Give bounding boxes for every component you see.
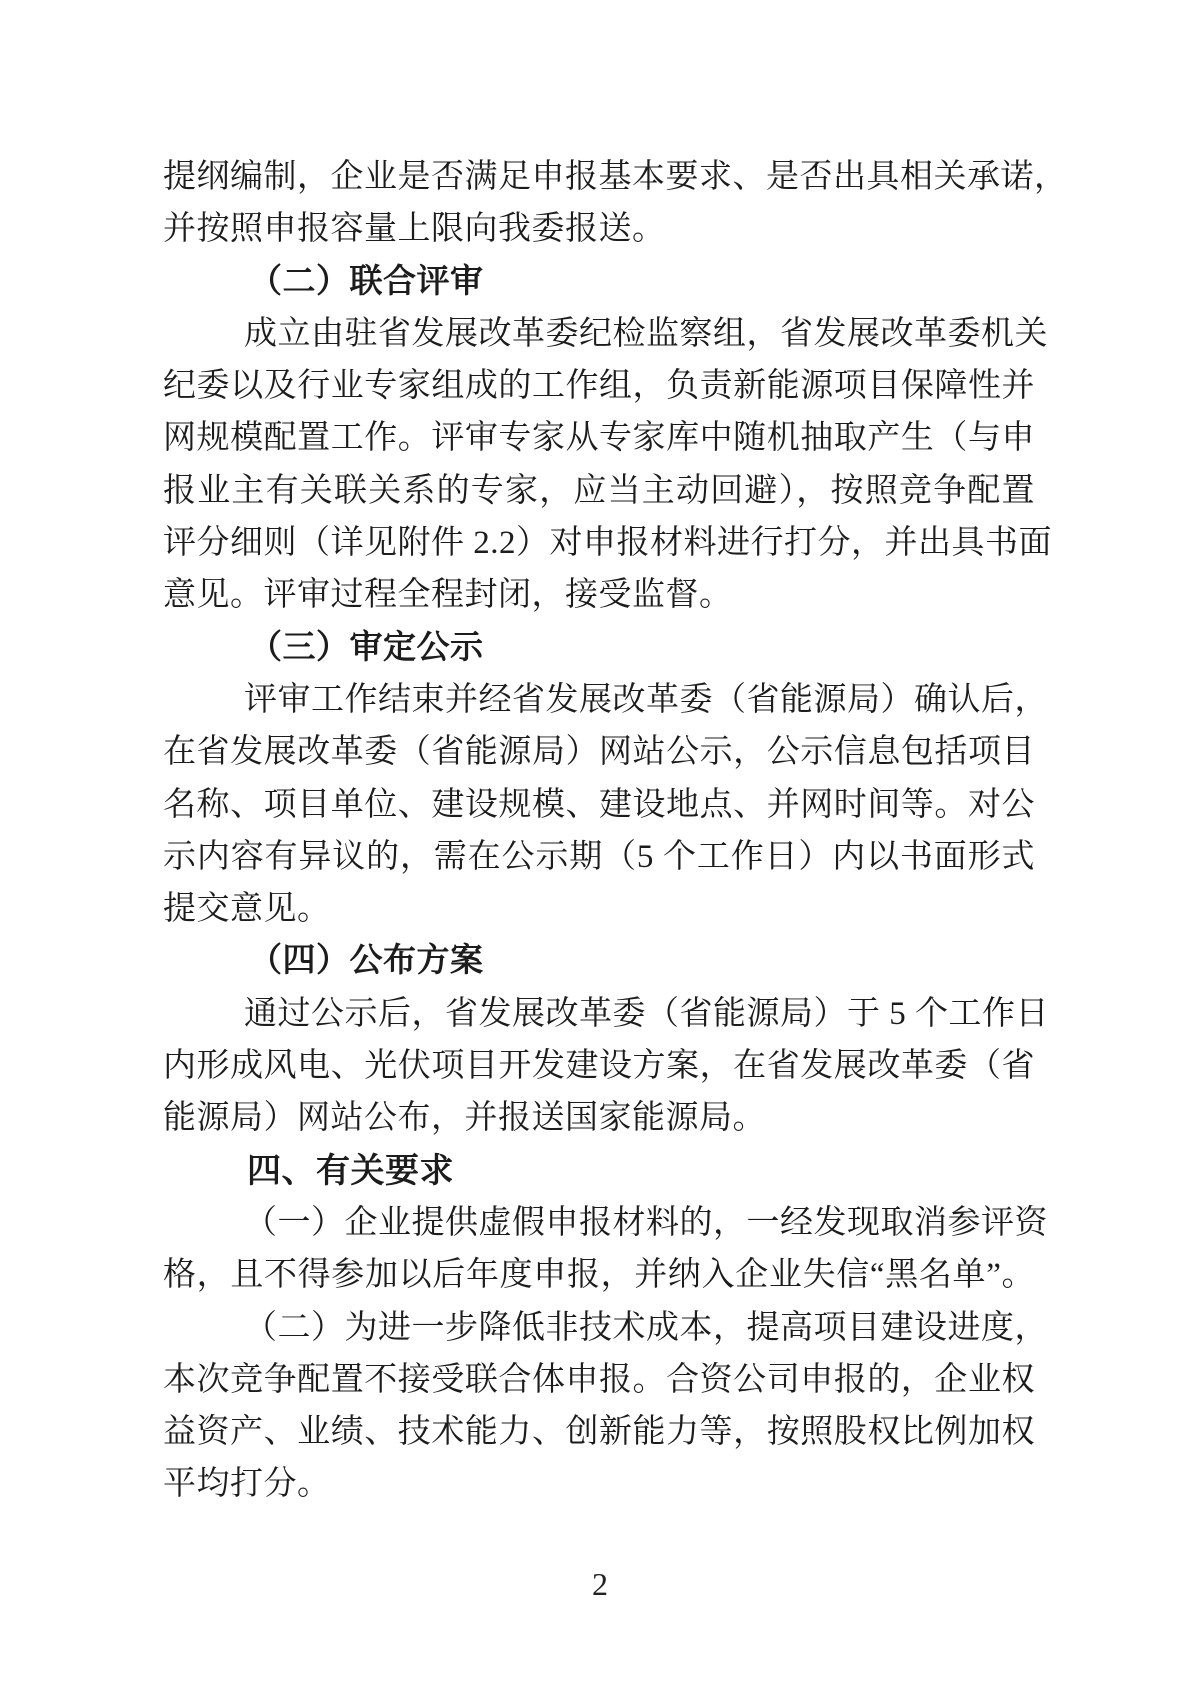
text-line: 报业主有关联关系的专家，应当主动回避），按照竞争配置: [163, 465, 1035, 517]
text-line: 评分细则（详见附件 2.2）对申报材料进行打分，并出具书面: [163, 517, 1035, 569]
text-line: 内形成风电、光伏项目开发建设方案，在省发展改革委（省: [163, 1040, 1035, 1092]
text-line: 成立由驻省发展改革委纪检监察组，省发展改革委机关: [163, 308, 1035, 360]
text-line: 评审工作结束并经省发展改革委（省能源局）确认后，: [163, 674, 1035, 726]
text-line: 通过公示后，省发展改革委（省能源局）于 5 个工作日: [163, 988, 1035, 1040]
text-line: 名称、项目单位、建设规模、建设地点、并网时间等。对公: [163, 779, 1035, 831]
text-line: （二）为进一步降低非技术成本，提高项目建设进度，: [163, 1302, 1035, 1354]
text-line: 本次竞争配置不接受联合体申报。合资公司申报的，企业权: [163, 1354, 1035, 1406]
text-line: 四、有关要求: [163, 1145, 1035, 1197]
text-line: 在省发展改革委（省能源局）网站公示，公示信息包括项目: [163, 726, 1035, 778]
text-line: 并按照申报容量上限向我委报送。: [163, 203, 1035, 255]
subsection-heading: （四）公布方案: [163, 935, 1035, 987]
text-line: （一）企业提供虚假申报材料的，一经发现取消参评资: [163, 1197, 1035, 1249]
text-line: （二）联合评审: [163, 256, 1035, 308]
text-line: 提纲编制，企业是否满足申报基本要求、是否出具相关承诺，: [163, 151, 1035, 203]
text-line: 平均打分。: [163, 1458, 1035, 1510]
section-heading: 四、有关要求: [163, 1145, 1035, 1197]
paragraph: 通过公示后，省发展改革委（省能源局）于 5 个工作日内形成风电、光伏项目开发建设…: [163, 988, 1035, 1145]
text-line: 益资产、业绩、技术能力、创新能力等，按照股权比例加权: [163, 1406, 1035, 1458]
paragraph: 评审工作结束并经省发展改革委（省能源局）确认后，在省发展改革委（省能源局）网站公…: [163, 674, 1035, 935]
paragraph: （二）为进一步降低非技术成本，提高项目建设进度，本次竞争配置不接受联合体申报。合…: [163, 1302, 1035, 1511]
text-line: 能源局）网站公布，并报送国家能源局。: [163, 1092, 1035, 1144]
text-line: 提交意见。: [163, 883, 1035, 935]
document-page: 提纲编制，企业是否满足申报基本要求、是否出具相关承诺，并按照申报容量上限向我委报…: [0, 0, 1200, 1697]
subsection-heading: （二）联合评审: [163, 256, 1035, 308]
paragraph: 提纲编制，企业是否满足申报基本要求、是否出具相关承诺，并按照申报容量上限向我委报…: [163, 151, 1035, 256]
paragraph: （一）企业提供虚假申报材料的，一经发现取消参评资格，且不得参加以后年度申报，并纳…: [163, 1197, 1035, 1302]
text-line: 格，且不得参加以后年度申报，并纳入企业失信“黑名单”。: [163, 1249, 1035, 1301]
text-line: 网规模配置工作。评审专家从专家库中随机抽取产生（与申: [163, 412, 1035, 464]
text-line: 意见。评审过程全程封闭，接受监督。: [163, 569, 1035, 621]
text-line: （三）审定公示: [163, 622, 1035, 674]
paragraph: 成立由驻省发展改革委纪检监察组，省发展改革委机关纪委以及行业专家组成的工作组，负…: [163, 308, 1035, 622]
text-line: （四）公布方案: [163, 935, 1035, 987]
page-number: 2: [0, 1566, 1200, 1602]
text-line: 示内容有异议的，需在公示期（5 个工作日）内以书面形式: [163, 831, 1035, 883]
text-line: 纪委以及行业专家组成的工作组，负责新能源项目保障性并: [163, 360, 1035, 412]
document-body: 提纲编制，企业是否满足申报基本要求、是否出具相关承诺，并按照申报容量上限向我委报…: [163, 151, 1035, 1511]
subsection-heading: （三）审定公示: [163, 622, 1035, 674]
